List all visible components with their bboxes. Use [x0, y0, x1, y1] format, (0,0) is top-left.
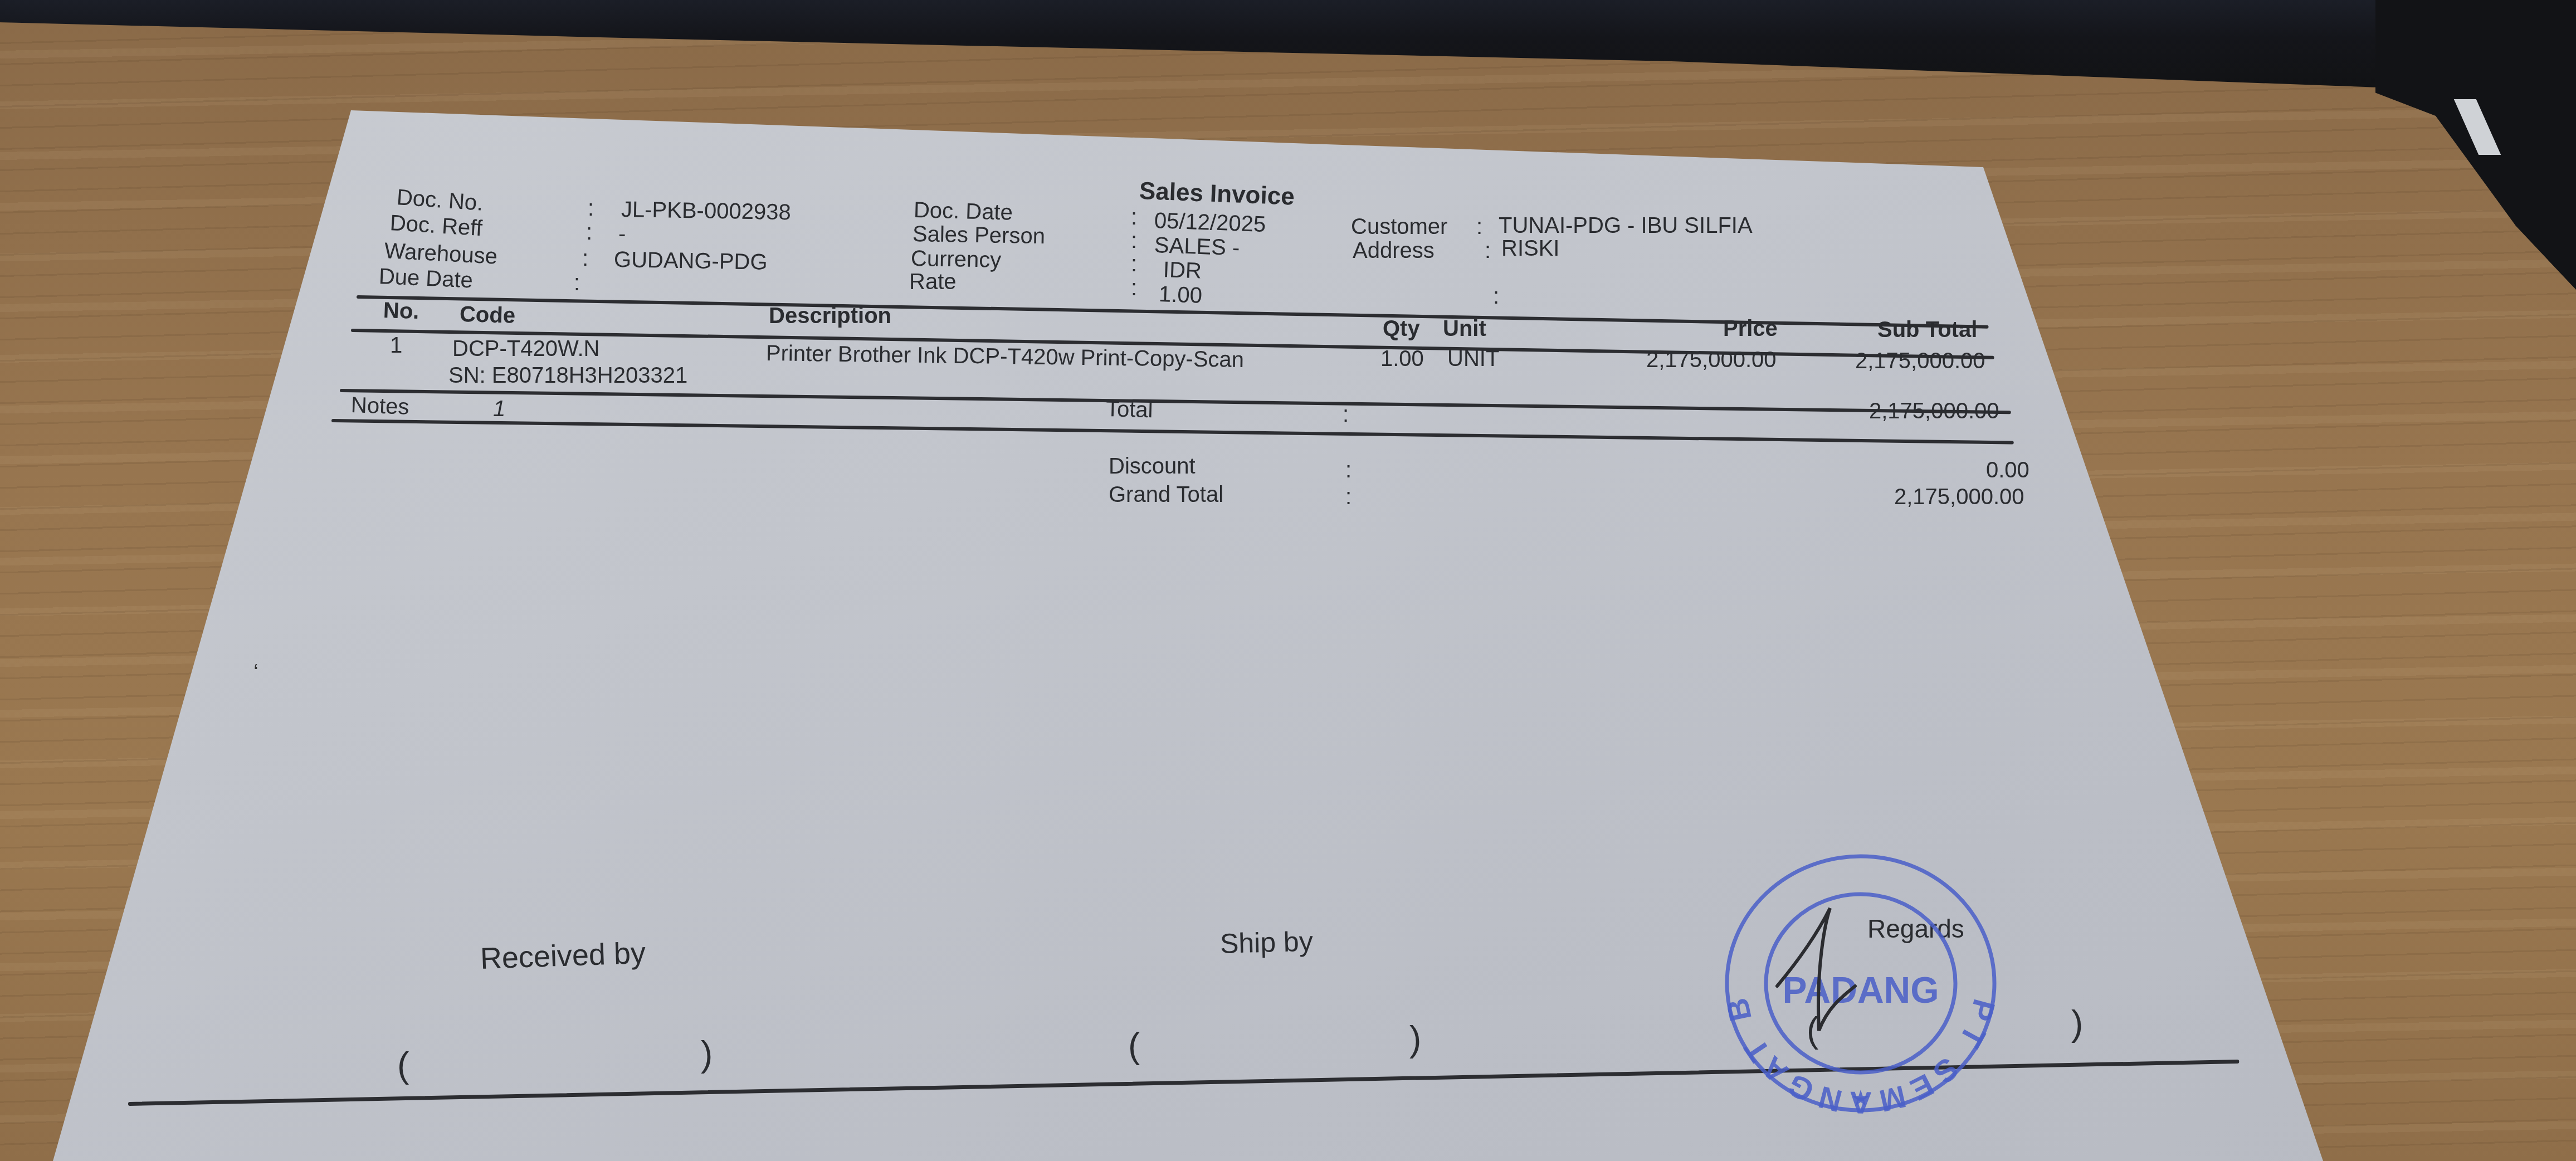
currency-sep: : — [1131, 252, 1137, 277]
currency-value: IDR — [1163, 257, 1202, 284]
col-subtotal: Sub Total — [1877, 318, 1977, 343]
row-unit: UNIT — [1447, 347, 1499, 372]
total-value: 2,175,000.00 — [1869, 399, 1999, 424]
invoice-title: Sales Invoice — [1139, 177, 1295, 211]
col-price: Price — [1723, 316, 1778, 342]
sales-person-label: Sales Person — [913, 222, 1046, 249]
warehouse-sep: : — [582, 246, 588, 271]
grand-total-label: Grand Total — [1109, 482, 1223, 508]
doc-no-value: JL-PKB-0002938 — [621, 197, 791, 225]
row-subtotal: 2,175,000.00 — [1855, 349, 1985, 374]
sales-person-value: SALES - — [1154, 233, 1240, 261]
notes-label: Notes — [350, 393, 409, 420]
due-date-sep: : — [574, 271, 580, 296]
stamp-star-icon: ★ — [1851, 1086, 1871, 1111]
discount-label: Discount — [1109, 454, 1196, 479]
discount-sep: : — [1345, 458, 1352, 483]
stray-pen-mark: ‘ — [253, 660, 258, 685]
received-by-label: Received by — [480, 936, 646, 976]
doc-reff-value: - — [618, 222, 626, 247]
address-sep: : — [1485, 238, 1491, 264]
due-date-label: Due Date — [378, 264, 474, 293]
row-qty: 1.00 — [1380, 347, 1424, 372]
discount-value: 0.00 — [1986, 458, 2029, 483]
notes-value: 1 — [493, 397, 505, 422]
ship-by-label: Ship by — [1219, 925, 1313, 960]
received-by-close-paren: ) — [701, 1033, 713, 1075]
doc-reff-sep: : — [586, 220, 592, 245]
total-label: Total — [1105, 397, 1153, 423]
col-code: Code — [459, 302, 515, 329]
grand-total-sep: : — [1345, 485, 1352, 510]
received-by-open-paren: ( — [397, 1045, 409, 1086]
row-serial: SN: E80718H3H203321 — [448, 363, 687, 388]
customer-sep: : — [1476, 214, 1482, 240]
rate-value: 1.00 — [1158, 282, 1202, 309]
laptop-edge-background — [0, 0, 2576, 95]
warehouse-value: GUDANG-PDG — [614, 247, 768, 275]
ship-by-close-paren: ) — [1409, 1018, 1421, 1060]
col-no: No. — [383, 298, 419, 324]
invoice-paper — [0, 0, 2576, 1161]
row-no: 1 — [390, 333, 402, 358]
ship-by-open-paren: ( — [1128, 1025, 1140, 1066]
col-qty: Qty — [1383, 316, 1420, 342]
rate-sep: : — [1131, 276, 1137, 301]
doc-date-sep: : — [1131, 205, 1137, 230]
regards-close-paren: ) — [2071, 1003, 2083, 1044]
currency-label: Currency — [911, 246, 1002, 273]
grand-total-value: 2,175,000.00 — [1894, 485, 2024, 510]
total-sep: : — [1343, 402, 1349, 427]
row-price: 2,175,000.00 — [1646, 348, 1777, 373]
customer-value: TUNAI-PDG - IBU SILFIA — [1499, 213, 1753, 238]
sales-person-sep: : — [1131, 228, 1137, 253]
handwritten-signature — [1772, 903, 1883, 1047]
row-code: DCP-T420W.N — [452, 336, 600, 362]
doc-date-label: Doc. Date — [913, 198, 1013, 226]
address-value: RISKI — [1501, 236, 1559, 261]
col-description: Description — [769, 304, 891, 329]
customer-label: Customer — [1351, 214, 1447, 240]
rate-label: Rate — [909, 270, 957, 295]
col-unit: Unit — [1443, 316, 1486, 342]
header-extra-sep: : — [1493, 284, 1499, 309]
address-label: Address — [1353, 238, 1435, 264]
doc-no-sep: : — [588, 196, 594, 221]
